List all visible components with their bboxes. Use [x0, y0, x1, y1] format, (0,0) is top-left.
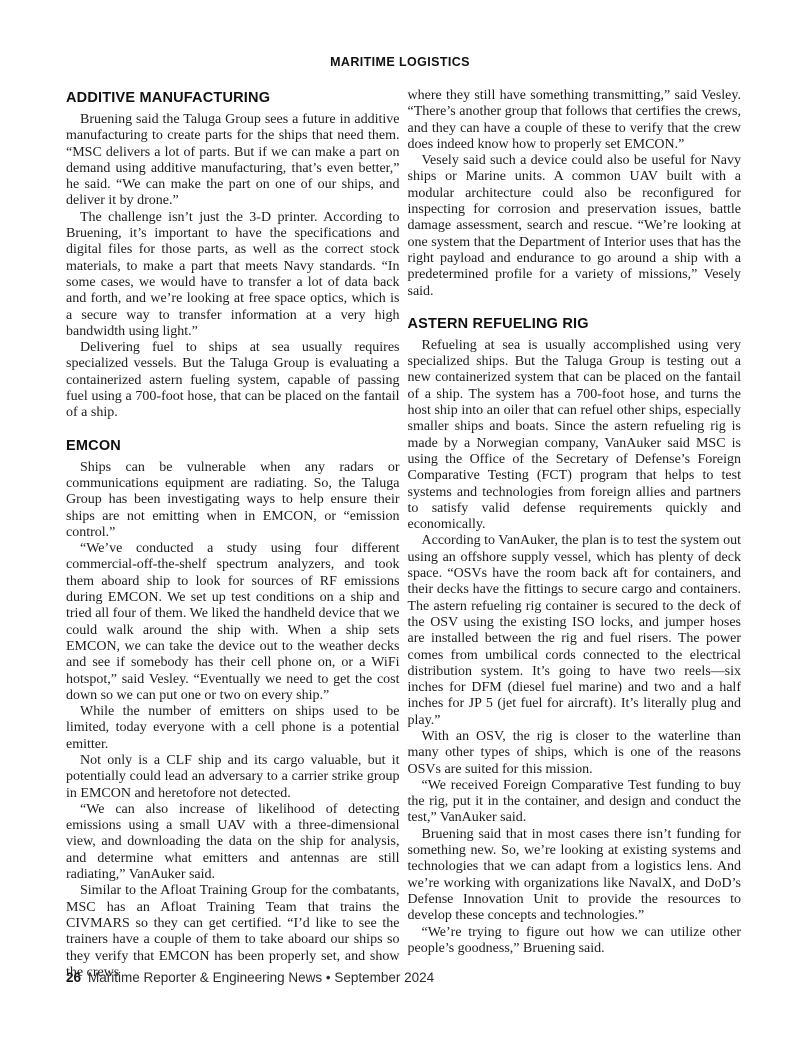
- page-footer: 26Maritime Reporter & Engineering News •…: [66, 970, 434, 985]
- paragraph: The challenge isn’t just the 3-D printer…: [66, 210, 400, 340]
- paragraph: Bruening said the Taluga Group sees a fu…: [66, 112, 400, 210]
- paragraph: According to VanAuker, the plan is to te…: [408, 533, 742, 729]
- footer-page-number: 26: [66, 970, 81, 985]
- left-column: ADDITIVE MANUFACTURING Bruening said the…: [66, 88, 400, 981]
- section-heading-astern-refueling-rig: ASTERN REFUELING RIG: [408, 316, 742, 333]
- paragraph: Similar to the Afloat Training Group for…: [66, 883, 400, 981]
- paragraph: “We’re trying to figure out how we can u…: [408, 925, 742, 958]
- paragraph: Delivering fuel to ships at sea usually …: [66, 340, 400, 421]
- footer-publication-text: Maritime Reporter & Engineering News • S…: [88, 970, 434, 985]
- paragraph: Not only is a CLF ship and its cargo val…: [66, 753, 400, 802]
- paragraph: While the number of emitters on ships us…: [66, 704, 400, 753]
- paragraph-continuation: where they still have something transmit…: [408, 88, 742, 153]
- paragraph: With an OSV, the rig is closer to the wa…: [408, 729, 742, 778]
- magazine-page: MARITIME LOGISTICS ADDITIVE MANUFACTURIN…: [0, 0, 800, 1038]
- paragraph: “We can also increase of likelihood of d…: [66, 802, 400, 883]
- paragraph: Ships can be vulnerable when any radars …: [66, 460, 400, 541]
- paragraph: Vesely said such a device could also be …: [408, 153, 742, 300]
- paragraph: Bruening said that in most cases there i…: [408, 827, 742, 925]
- section-heading-emcon: EMCON: [66, 438, 400, 455]
- article-body: ADDITIVE MANUFACTURING Bruening said the…: [66, 88, 741, 981]
- section-heading-additive-manufacturing: ADDITIVE MANUFACTURING: [66, 90, 400, 107]
- paragraph: Refueling at sea is usually accomplished…: [408, 338, 742, 534]
- right-column: where they still have something transmit…: [408, 88, 742, 981]
- page-header-title: MARITIME LOGISTICS: [0, 55, 800, 69]
- paragraph: “We received Foreign Comparative Test fu…: [408, 778, 742, 827]
- paragraph: “We’ve conducted a study using four diff…: [66, 541, 400, 704]
